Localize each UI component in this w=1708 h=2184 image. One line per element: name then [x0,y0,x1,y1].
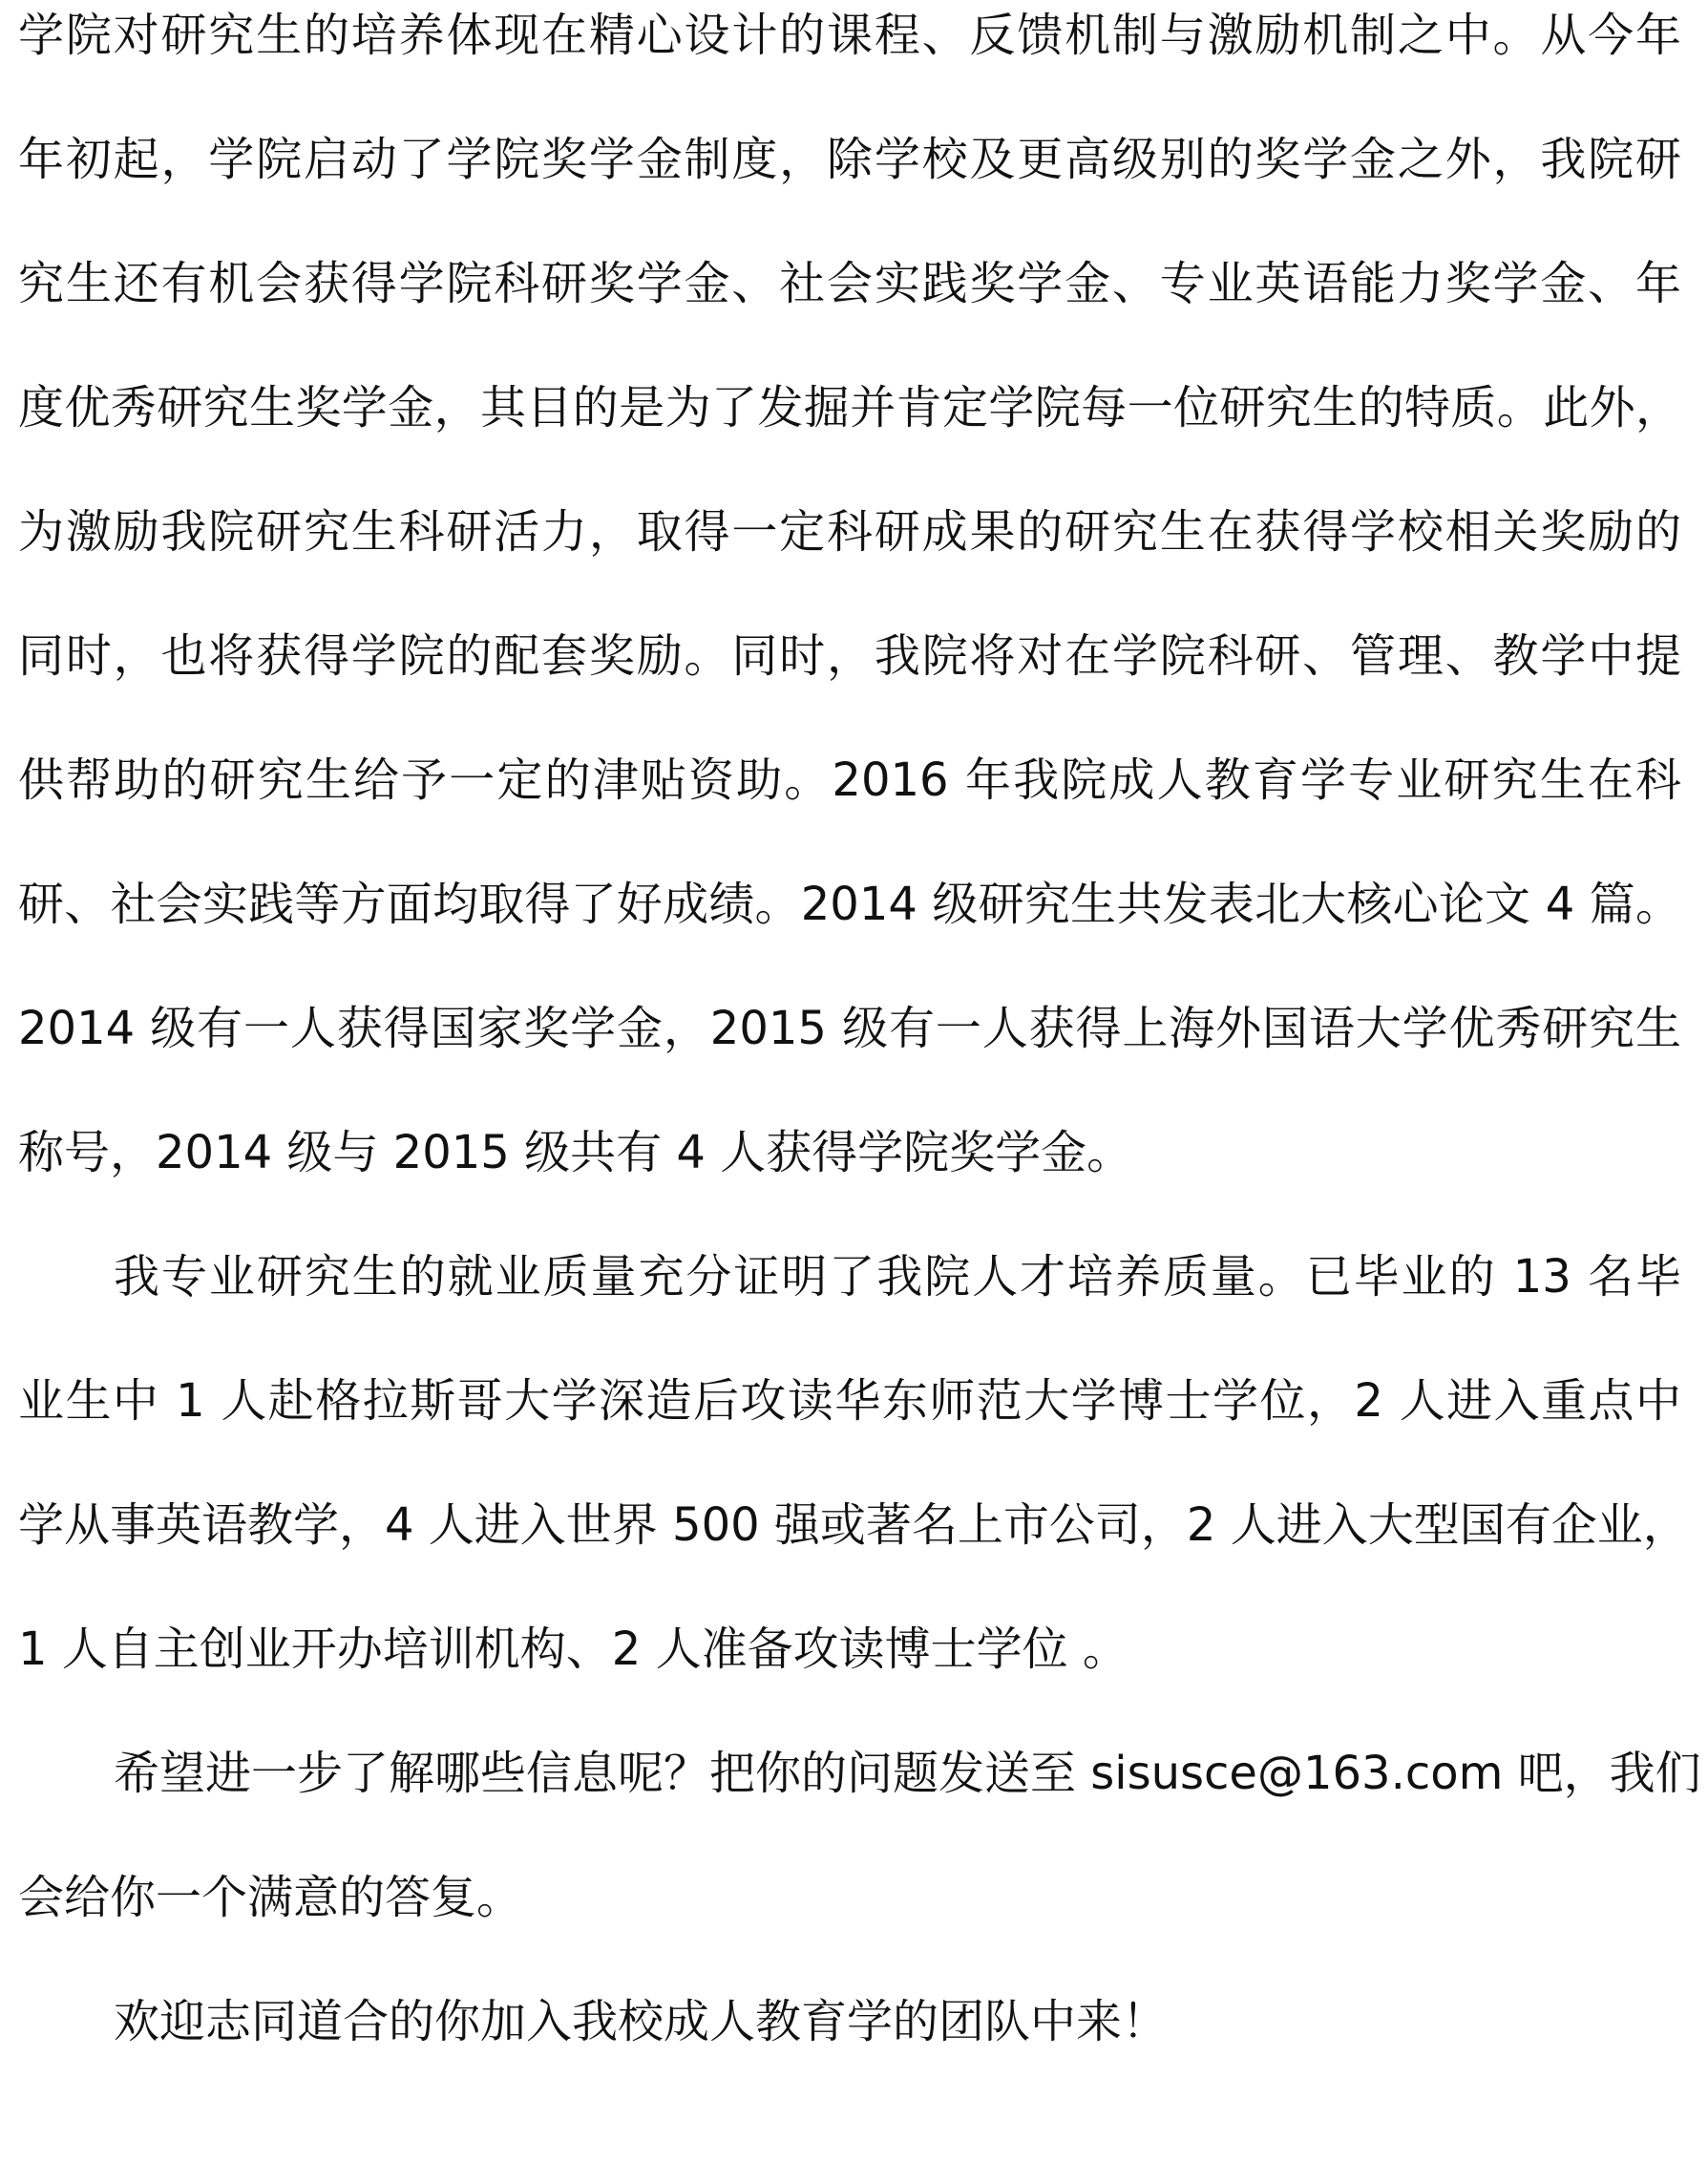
text-line: 业生中 1 人赴格拉斯哥大学深造后攻读华东师范大学博士学位，2 人进入重点中 [18,1339,1681,1463]
text-line: 会给你一个满意的答复。 [18,1835,1681,1960]
text-line: 研、社会实践等方面均取得了好成绩。2014 级研究生共发表北大核心论文 4 篇。 [18,842,1681,966]
text-line: 究生还有机会获得学院科研奖学金、社会实践奖学金、专业英语能力奖学金、年 [18,222,1681,346]
text-line: 年初起，学院启动了学院奖学金制度，除学校及更高级别的奖学金之外，我院研 [18,97,1681,222]
text-line: 为激励我院研究生科研活力，取得一定科研成果的研究生在获得学校相关奖励的 [18,470,1681,594]
text-line: 2014 级有一人获得国家奖学金，2015 级有一人获得上海外国语大学优秀研究生 [18,966,1681,1091]
document-body: 学院对研究生的培养体现在精心设计的课程、反馈机制与激励机制之中。从今年 年初起，… [18,0,1681,2084]
text-line: 称号，2014 级与 2015 级共有 4 人获得学院奖学金。 [18,1091,1681,1215]
paragraph-contact: 希望进一步了解哪些信息呢？把你的问题发送至 sisusce@163.com 吧，… [18,1711,1681,1960]
text-line: 度优秀研究生奖学金，其目的是为了发掘并肯定学院每一位研究生的特质。此外， [18,346,1681,470]
text-line: 供帮助的研究生给予一定的津贴资助。2016 年我院成人教育学专业研究生在科 [18,718,1681,842]
text-line: 同时，也将获得学院的配套奖励。同时，我院将对在学院科研、管理、教学中提 [18,594,1681,718]
text-line: 1 人自主创业开办培训机构、2 人准备攻读博士学位 。 [18,1587,1681,1711]
text-line: 学院对研究生的培养体现在精心设计的课程、反馈机制与激励机制之中。从今年 [18,0,1681,97]
text-line: 学从事英语教学，4 人进入世界 500 强或著名上市公司，2 人进入大型国有企业… [18,1463,1681,1587]
paragraph-employment: 我专业研究生的就业质量充分证明了我院人才培养质量。已毕业的 13 名毕 业生中 … [18,1215,1681,1711]
text-line: 希望进一步了解哪些信息呢？把你的问题发送至 sisusce@163.com 吧，… [18,1711,1681,1835]
paragraph-welcome: 欢迎志同道合的你加入我校成人教育学的团队中来！ [18,1960,1681,2084]
paragraph-scholarships: 学院对研究生的培养体现在精心设计的课程、反馈机制与激励机制之中。从今年 年初起，… [18,0,1681,1215]
text-line: 欢迎志同道合的你加入我校成人教育学的团队中来！ [18,1960,1681,2084]
text-line: 我专业研究生的就业质量充分证明了我院人才培养质量。已毕业的 13 名毕 [18,1215,1681,1339]
